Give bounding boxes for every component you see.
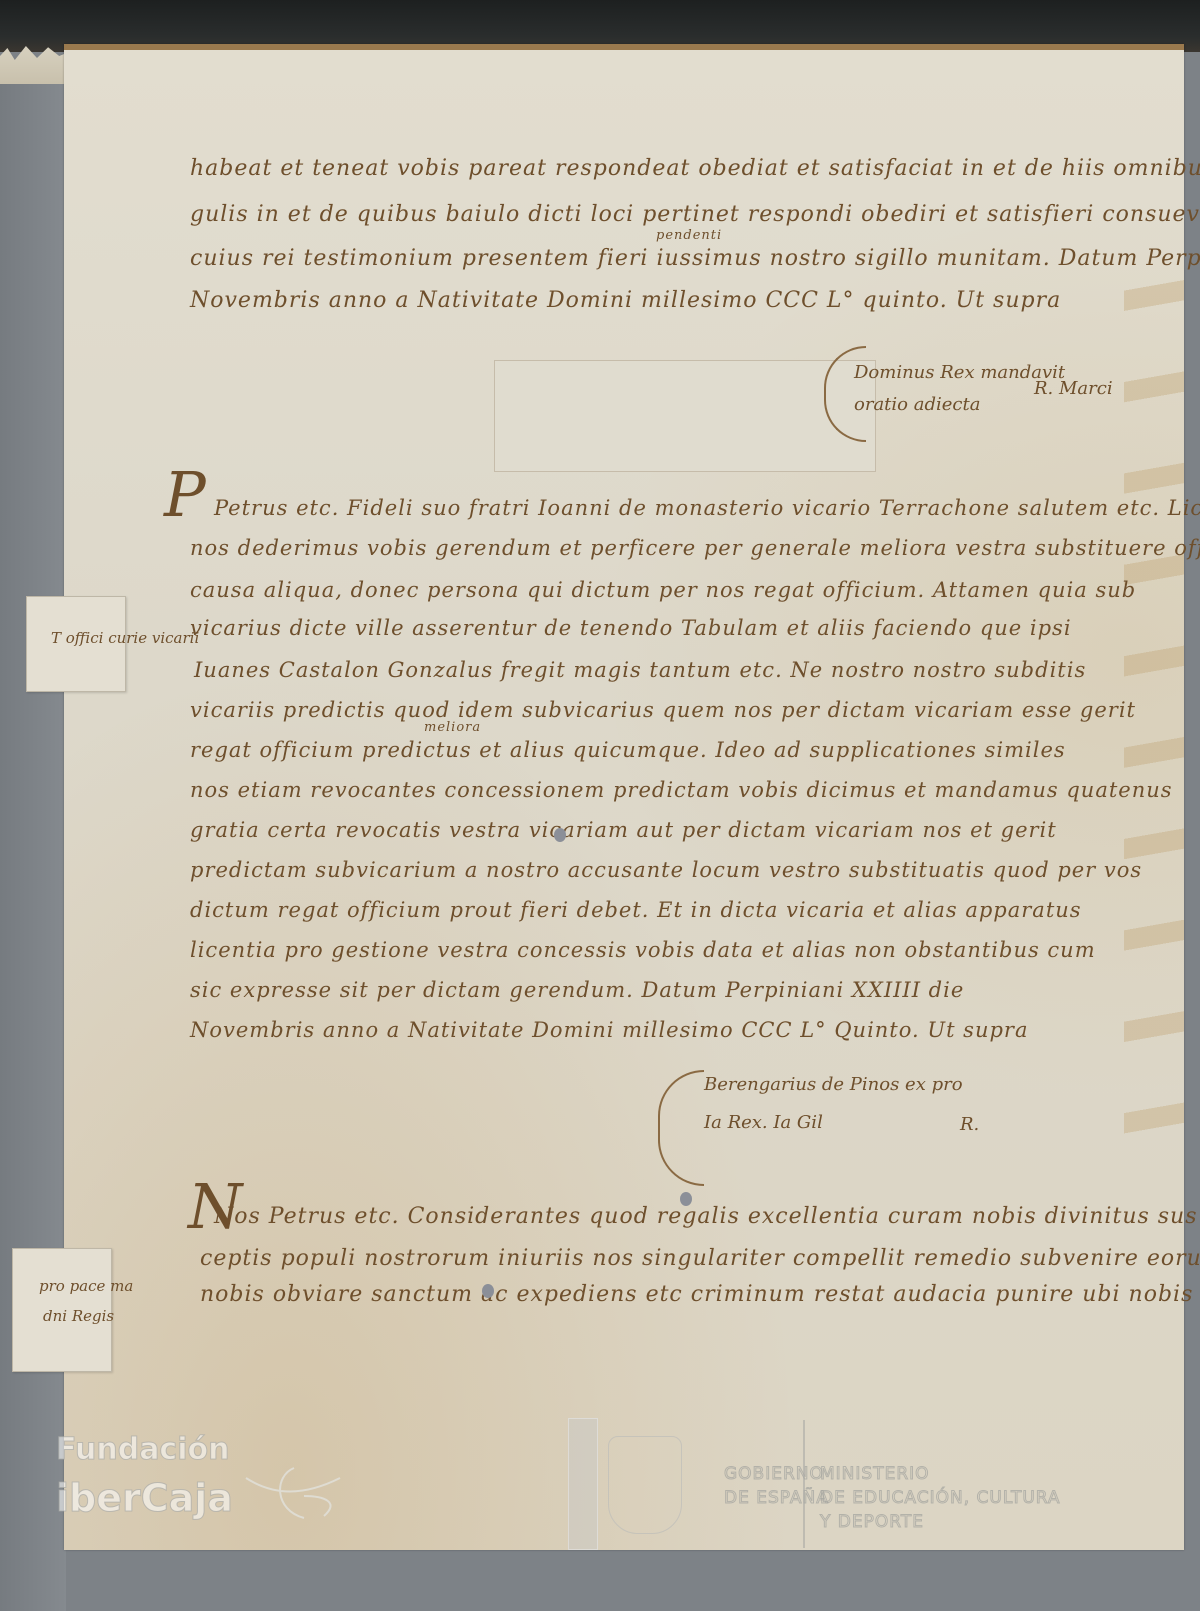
text-line: gratia certa revocatis vestra vicariam a… xyxy=(190,818,1057,842)
signature-line-1: Berengarius de Pinos ex pro xyxy=(704,1074,963,1095)
text-line: nos dederimus vobis gerendum et perficer… xyxy=(190,536,1200,560)
margin-tab-1: T offici curie vicarii xyxy=(26,596,126,692)
watermark-text: Y DEPORTE xyxy=(820,1512,924,1532)
text-line: vicarius dicte ville asserentur de tenen… xyxy=(190,616,1072,640)
watermark-text: MINISTERIO xyxy=(820,1464,930,1484)
text-line: Novembris anno a Nativitate Domini mille… xyxy=(190,1018,1029,1042)
watermark-text: GOBIERNO xyxy=(724,1464,824,1484)
margin-tab-2: pro pace ma dni Regis xyxy=(12,1248,112,1372)
text-line: vicariis predictis quod idem subvicarius… xyxy=(190,698,1136,722)
watermark-text: DE ESPAÑA xyxy=(724,1488,829,1508)
text-line: sic expresse sit per dictam gerendum. Da… xyxy=(190,978,964,1002)
margin-note: dni Regis xyxy=(43,1307,114,1325)
interlinear-note: meliora xyxy=(424,720,481,735)
text-line: gulis in et de quibus baiulo dicti loci … xyxy=(190,202,1200,227)
paper-hole xyxy=(482,1284,494,1298)
signature-line-2: oratio adiecta xyxy=(854,394,980,415)
text-line: habeat et teneat vobis pareat respondeat… xyxy=(190,156,1200,181)
text-line: Petrus etc. Fideli suo fratri Ioanni de … xyxy=(214,496,1200,520)
text-line: ceptis populi nostrorum iniuriis nos sin… xyxy=(200,1246,1200,1271)
text-line: licentia pro gestione vestra concessis v… xyxy=(190,938,1096,962)
text-line: nobis obviare sanctum ac expediens etc c… xyxy=(200,1282,1193,1307)
paper-hole xyxy=(554,828,566,842)
watermark-text: DE EDUCACIÓN, CULTURA xyxy=(820,1488,1061,1508)
margin-note: pro pace ma xyxy=(39,1277,133,1295)
signature-bracket xyxy=(658,1070,704,1186)
decorated-initial: P xyxy=(164,458,206,531)
text-line: causa aliqua, donec persona qui dictum p… xyxy=(190,578,1136,602)
signature-line-2: Ia Rex. Ia Gil xyxy=(704,1112,823,1133)
text-line: predictam subvicarium a nostro accusante… xyxy=(190,858,1142,882)
text-line: nos etiam revocantes concessionem predic… xyxy=(190,778,1173,802)
margin-note: T offici curie vicarii xyxy=(51,629,199,647)
signature-right: R. Marci xyxy=(1034,378,1113,399)
text-line: dictum regat officium prout fieri debet.… xyxy=(190,898,1082,922)
interlinear-note: pendenti xyxy=(656,228,722,243)
manuscript-page: habeat et teneat vobis pareat respondeat… xyxy=(64,44,1184,1550)
watermark-text: Fundación xyxy=(56,1432,229,1467)
ibercaja-swirl-icon xyxy=(244,1466,344,1526)
text-line: regat officium predictus et alius quicum… xyxy=(190,738,1066,762)
text-line: Nos Petrus etc. Considerantes quod regal… xyxy=(214,1204,1198,1229)
left-mount-board xyxy=(0,82,66,1611)
flag-bar-icon xyxy=(568,1418,598,1550)
text-line: Iuanes Castalon Gonzalus fregit magis ta… xyxy=(194,658,1086,682)
watermark-divider xyxy=(803,1420,805,1548)
watermark-text: iberCaja xyxy=(56,1476,233,1520)
text-line: Novembris anno a Nativitate Domini mille… xyxy=(190,288,1061,313)
text-line: cuius rei testimonium presentem fieri iu… xyxy=(190,246,1200,271)
coat-of-arms-icon xyxy=(608,1436,682,1534)
signature-right: R. xyxy=(960,1114,979,1135)
paper-repair-patch xyxy=(494,360,876,472)
paper-hole xyxy=(680,1192,692,1206)
